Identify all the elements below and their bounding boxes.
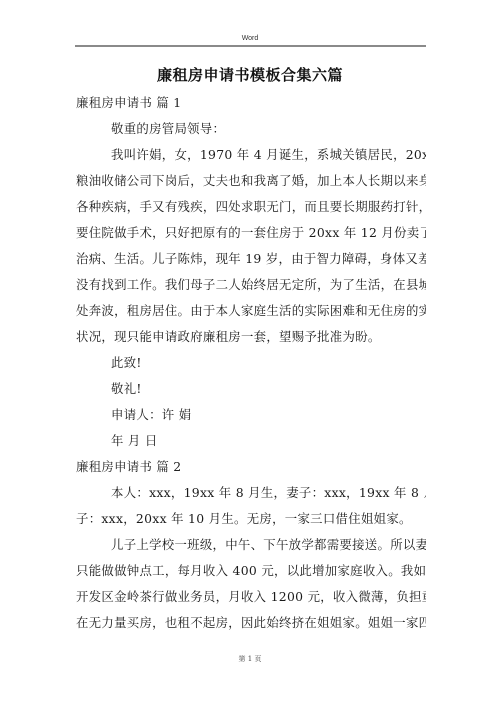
applicant-signature: 申请人：许 娟 (76, 402, 426, 428)
closing-line: 敬礼! (76, 376, 426, 402)
paragraph-line: 我叫许娟，女，1970 年 4 月诞生，系城关镇居民，20xx 年从 (76, 142, 426, 168)
paragraph-line: 处奔波，租房居住。由于本人家庭生活的实际困难和无住房的实际 (76, 298, 426, 324)
page-number: 第 1 页 (0, 654, 500, 664)
paragraph-line: 只能做做钟点工，每月收入 400 元，以此增加家庭收入。我如今在 (76, 558, 426, 584)
page-header-label: Word (0, 35, 500, 42)
paragraph-line: 粮油收储公司下岗后，丈夫也和我离了婚，加上本人长期以来身患 (76, 168, 426, 194)
paragraph-line: 没有找到工作。我们母子二人始终居无定所，为了生活，在县城四 (76, 272, 426, 298)
section-heading-2: 廉租房申请书 篇 2 (76, 454, 426, 480)
paragraph-line: 各种疾病，手又有残疾，四处求职无门，而且要长期服药打针，还 (76, 194, 426, 220)
date-line: 年 月 日 (76, 428, 426, 454)
document-body: 廉租房申请书 篇 1 敬重的房管局领导： 我叫许娟，女，1970 年 4 月诞生… (76, 90, 426, 636)
paragraph-line: 开发区金岭茶行做业务员，月收入 1200 元，收入微薄，负担重，实 (76, 584, 426, 610)
paragraph-line: 子：xxx，20xx 年 10 月生。无房，一家三口借住姐姐家。 (76, 506, 426, 532)
header-divider (75, 45, 426, 47)
paragraph-line: 在无力量买房，也租不起房，因此始终挤在姐姐家。姐姐一家四 (76, 610, 426, 636)
paragraph-line: 状况，现只能申请政府廉租房一套，望赐予批准为盼。 (76, 324, 426, 350)
section-heading-1: 廉租房申请书 篇 1 (76, 90, 426, 116)
paragraph-line: 本人：xxx，19xx 年 8 月生，妻子：xxx，19xx 年 8 月生，儿 (76, 480, 426, 506)
paragraph-line: 儿子上学校一班级，中午、下午放学都需要接送。所以妻子 (76, 532, 426, 558)
salutation: 敬重的房管局领导： (76, 116, 426, 142)
paragraph-line: 治病、生活。儿子陈炜，现年 19 岁，由于智力障碍，身体又差，也 (76, 246, 426, 272)
closing-line: 此致! (76, 350, 426, 376)
document-title: 廉租房申请书模板合集六篇 (0, 64, 500, 85)
paragraph-line: 要住院做手术，只好把原有的一套住房于 20xx 年 12 月份卖了用于 (76, 220, 426, 246)
